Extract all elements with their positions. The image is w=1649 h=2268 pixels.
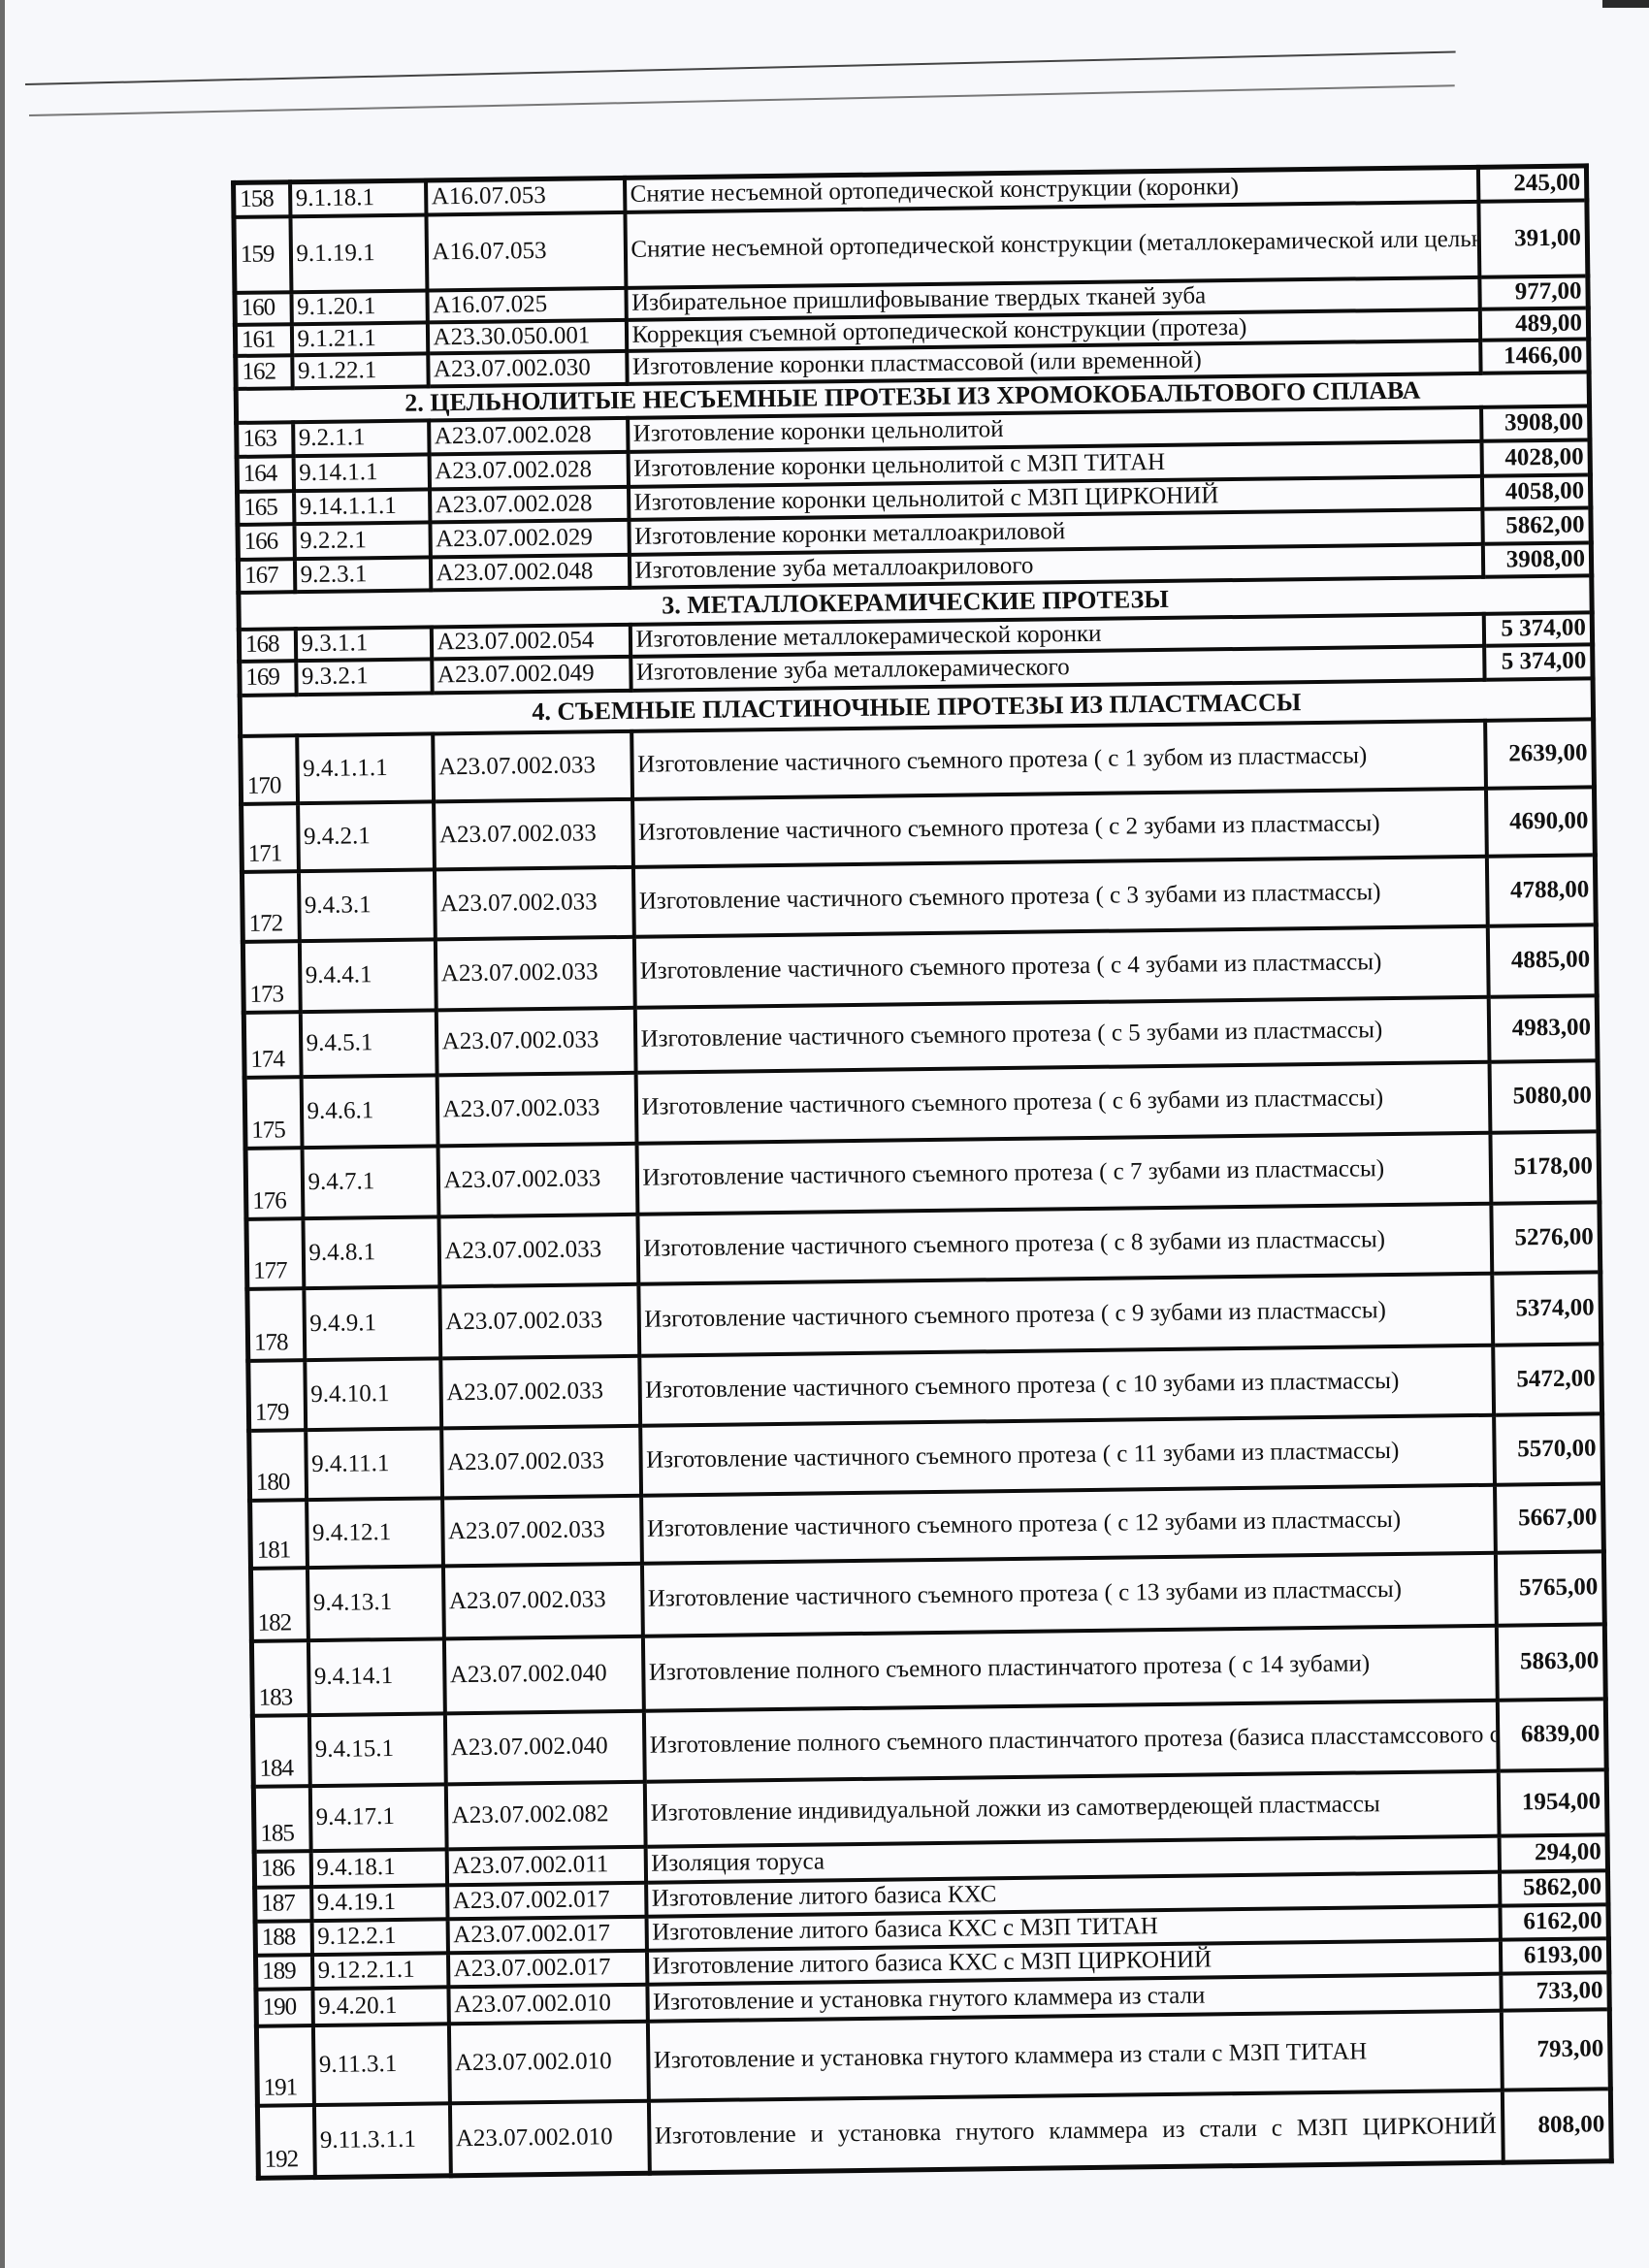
service-price: 5863,00 xyxy=(1496,1624,1605,1700)
item-code: 9.4.17.1 xyxy=(309,1784,446,1851)
bleed-through-line xyxy=(29,84,1455,115)
service-code: A23.07.002.033 xyxy=(437,1143,637,1216)
row-number: 168 xyxy=(239,629,295,662)
service-price: 294,00 xyxy=(1499,1834,1607,1871)
row-number: 170 xyxy=(241,735,298,804)
item-code: 9.4.8.1 xyxy=(303,1216,439,1288)
item-code: 9.4.18.1 xyxy=(310,1849,446,1887)
item-code: 9.11.3.1.1 xyxy=(313,2103,450,2178)
service-code: A23.07.002.040 xyxy=(444,1710,644,1784)
service-price: 3908,00 xyxy=(1482,542,1591,576)
row-number: 183 xyxy=(251,1640,308,1716)
service-code: A23.07.002.054 xyxy=(431,624,630,659)
row-number: 161 xyxy=(235,324,291,356)
service-description: Изготовление частичного съемного протеза… xyxy=(637,1203,1492,1283)
service-code: A23.07.002.030 xyxy=(428,350,627,386)
item-code: 9.4.5.1 xyxy=(300,1010,436,1077)
service-description: Изготовление частичного съемного протеза… xyxy=(632,856,1487,936)
service-code: A23.07.002.017 xyxy=(447,1882,646,1919)
service-price: 5178,00 xyxy=(1490,1131,1600,1203)
service-price: 4690,00 xyxy=(1485,787,1595,856)
service-price: 977,00 xyxy=(1479,275,1588,308)
service-code: A23.07.002.033 xyxy=(434,798,633,869)
item-code: 9.4.4.1 xyxy=(299,939,436,1012)
service-description: Изготовление частичного съемного протеза… xyxy=(641,1484,1496,1563)
service-price: 4885,00 xyxy=(1487,924,1597,996)
row-number: 162 xyxy=(236,355,292,389)
service-description: Изготовление частичного съемного протеза… xyxy=(631,720,1486,798)
service-code: A23.07.002.082 xyxy=(445,1781,645,1849)
service-price: 2639,00 xyxy=(1485,719,1595,788)
service-price: 808,00 xyxy=(1502,2089,1611,2162)
service-description: Изготовление частичного съемного протеза… xyxy=(636,1132,1491,1214)
row-number: 176 xyxy=(245,1148,303,1219)
service-code: A16.07.053 xyxy=(426,178,625,214)
service-code: A23.07.002.048 xyxy=(430,554,629,590)
service-price: 3908,00 xyxy=(1481,405,1590,440)
item-code: 9.4.14.1 xyxy=(307,1638,444,1715)
service-description: Изготовление индивидуальной ложки из сам… xyxy=(644,1770,1499,1846)
service-description: Изготовление частичного съемного протеза… xyxy=(635,1061,1490,1143)
service-description: Изготовление частичного съемного протеза… xyxy=(633,925,1488,1007)
row-number: 166 xyxy=(238,524,294,560)
service-price: 5862,00 xyxy=(1482,507,1591,543)
item-code: 9.11.3.1 xyxy=(312,2024,449,2105)
service-code: A23.07.002.033 xyxy=(439,1283,639,1358)
service-code: A23.07.002.033 xyxy=(438,1214,638,1286)
service-description: Изготовление частичного съемного протеза… xyxy=(640,1414,1495,1495)
row-number: 180 xyxy=(249,1430,307,1501)
service-code: A23.07.002.028 xyxy=(430,486,629,522)
item-code: 9.4.12.1 xyxy=(307,1498,443,1568)
service-price: 793,00 xyxy=(1501,2009,1610,2090)
service-price: 6193,00 xyxy=(1500,1938,1608,1973)
row-number: 174 xyxy=(243,1012,301,1078)
service-price: 1954,00 xyxy=(1498,1769,1607,1835)
item-code: 9.12.2.1 xyxy=(311,1919,447,1955)
service-code: A16.07.025 xyxy=(427,287,626,322)
item-code: 9.4.6.1 xyxy=(301,1075,437,1148)
item-code: 9.4.13.1 xyxy=(307,1566,443,1640)
service-code: A23.07.002.033 xyxy=(436,1007,635,1075)
service-description: Изготовление полного съемного пластинчат… xyxy=(643,1700,1498,1781)
row-number: 165 xyxy=(238,491,294,525)
service-code: A23.07.002.049 xyxy=(432,656,630,693)
service-price: 5862,00 xyxy=(1500,1870,1608,1905)
item-code: 9.4.3.1 xyxy=(298,869,435,941)
service-code: A23.07.002.010 xyxy=(448,1984,647,2024)
service-description: Изготовление частичного съемного протеза… xyxy=(641,1552,1496,1636)
service-description: Изготовление частичного съемного протеза… xyxy=(632,788,1487,866)
bleed-through-line xyxy=(25,51,1456,85)
item-code: 9.3.1.1 xyxy=(295,627,431,661)
row-number: 169 xyxy=(240,661,296,696)
row-number: 163 xyxy=(237,422,293,457)
row-number: 182 xyxy=(250,1568,307,1641)
service-description: Изготовление частичного съемного протеза… xyxy=(634,996,1489,1072)
item-code: 9.1.19.1 xyxy=(290,214,427,292)
row-number: 178 xyxy=(247,1288,305,1361)
service-code: A16.07.053 xyxy=(426,211,626,290)
row-number: 190 xyxy=(256,1989,312,2026)
row-number: 185 xyxy=(253,1786,310,1852)
item-code: 9.3.2.1 xyxy=(296,659,432,695)
service-code: A23.07.002.040 xyxy=(443,1636,643,1713)
service-code: A23.07.002.029 xyxy=(430,519,629,557)
service-price: 5374,00 xyxy=(1492,1272,1601,1345)
service-code: A23.07.002.028 xyxy=(429,451,628,489)
service-code: A23.07.002.010 xyxy=(449,2100,649,2176)
price-list-page: 1589.1.18.1A16.07.053Снятие несъемной ор… xyxy=(231,163,1614,2180)
row-number: 189 xyxy=(255,1955,311,1990)
item-code: 9.1.18.1 xyxy=(290,180,426,216)
service-code: A23.07.002.033 xyxy=(442,1563,642,1638)
service-code: A23.07.002.017 xyxy=(447,1916,646,1953)
service-price: 245,00 xyxy=(1477,166,1586,201)
service-price: 4788,00 xyxy=(1486,855,1596,925)
row-number: 160 xyxy=(235,292,291,325)
service-price: 5667,00 xyxy=(1494,1483,1603,1552)
item-code: 9.4.2.1 xyxy=(298,801,435,871)
row-number: 184 xyxy=(252,1715,309,1787)
service-price: 489,00 xyxy=(1479,308,1588,340)
service-code: A23.07.002.028 xyxy=(429,417,628,454)
service-description: Изготовление полного съемного пластинчат… xyxy=(642,1625,1497,1710)
service-description: Изготовление и установка гнутого кламмер… xyxy=(648,2090,1503,2173)
item-code: 9.2.3.1 xyxy=(294,557,430,592)
service-price: 4028,00 xyxy=(1481,439,1590,475)
service-price: 5472,00 xyxy=(1493,1344,1602,1414)
row-number: 177 xyxy=(246,1218,304,1289)
item-code: 9.4.1.1.1 xyxy=(297,733,434,803)
service-price: 6162,00 xyxy=(1500,1904,1608,1939)
item-code: 9.4.11.1 xyxy=(306,1428,442,1500)
item-code: 9.4.20.1 xyxy=(312,1987,448,2025)
row-number: 175 xyxy=(244,1077,302,1149)
service-code: A23.07.002.033 xyxy=(441,1425,641,1498)
row-number: 187 xyxy=(255,1887,311,1922)
service-code: A23.07.002.033 xyxy=(435,936,634,1010)
row-number: 191 xyxy=(256,2025,313,2106)
item-code: 9.4.19.1 xyxy=(311,1885,447,1921)
service-code: A23.07.002.033 xyxy=(436,1072,636,1146)
service-description: Изготовление и установка гнутого кламмер… xyxy=(647,2010,1502,2100)
service-price: 5080,00 xyxy=(1489,1060,1599,1132)
service-code: A23.07.002.011 xyxy=(446,1846,645,1885)
row-number: 171 xyxy=(242,803,299,872)
item-code: 9.4.15.1 xyxy=(308,1713,445,1786)
item-code: 9.4.9.1 xyxy=(304,1286,440,1360)
row-number: 188 xyxy=(255,1921,311,1956)
service-price: 391,00 xyxy=(1478,200,1588,276)
service-code: A23.30.050.001 xyxy=(427,319,626,353)
row-number: 186 xyxy=(254,1851,310,1888)
row-number: 173 xyxy=(242,941,300,1013)
service-price: 5570,00 xyxy=(1494,1413,1603,1484)
item-code: 9.4.7.1 xyxy=(302,1146,438,1218)
row-number: 159 xyxy=(234,216,291,293)
row-number: 167 xyxy=(238,559,294,593)
item-code: 9.2.2.1 xyxy=(294,522,430,559)
item-code: 9.12.2.1.1 xyxy=(311,1953,447,1989)
service-price: 1466,00 xyxy=(1480,339,1589,373)
service-code: A23.07.002.010 xyxy=(448,2021,648,2103)
service-price: 5276,00 xyxy=(1491,1202,1600,1273)
item-code: 9.2.1.1 xyxy=(293,420,429,456)
service-code: A23.07.002.017 xyxy=(447,1950,646,1987)
item-code: 9.1.20.1 xyxy=(291,290,427,324)
service-code: A23.07.002.033 xyxy=(440,1355,640,1428)
service-price: 4058,00 xyxy=(1481,474,1590,508)
service-price: 4983,00 xyxy=(1488,995,1598,1061)
service-price: 5765,00 xyxy=(1495,1551,1604,1625)
service-code: A23.07.002.033 xyxy=(433,730,632,801)
row-number: 172 xyxy=(242,871,299,942)
service-code: A23.07.002.033 xyxy=(434,866,633,939)
service-description: Снятие несъемной ортопедической конструк… xyxy=(625,201,1479,287)
service-price: 5 374,00 xyxy=(1483,612,1592,645)
item-code: 9.14.1.1.1 xyxy=(294,489,430,524)
scan-corner-mark xyxy=(1602,0,1649,8)
service-price: 5 374,00 xyxy=(1484,644,1593,679)
item-code: 9.1.21.1 xyxy=(291,322,427,355)
row-number: 179 xyxy=(248,1360,306,1431)
service-code: A23.07.002.033 xyxy=(442,1495,642,1566)
row-number: 164 xyxy=(237,456,293,492)
row-number: 158 xyxy=(234,182,290,217)
item-code: 9.4.10.1 xyxy=(305,1358,441,1430)
service-price: 6839,00 xyxy=(1497,1699,1606,1770)
row-number: 181 xyxy=(250,1500,307,1569)
scan-edge xyxy=(0,0,5,2268)
row-number: 192 xyxy=(257,2105,314,2179)
price-table: 1589.1.18.1A16.07.053Снятие несъемной ор… xyxy=(231,163,1614,2180)
item-code: 9.1.22.1 xyxy=(292,353,428,388)
service-description: Изготовление частичного съемного протеза… xyxy=(639,1345,1494,1425)
service-description: Изготовление частичного съемного протеза… xyxy=(638,1273,1493,1355)
service-price: 733,00 xyxy=(1501,1972,1609,2010)
item-code: 9.14.1.1 xyxy=(293,454,429,491)
